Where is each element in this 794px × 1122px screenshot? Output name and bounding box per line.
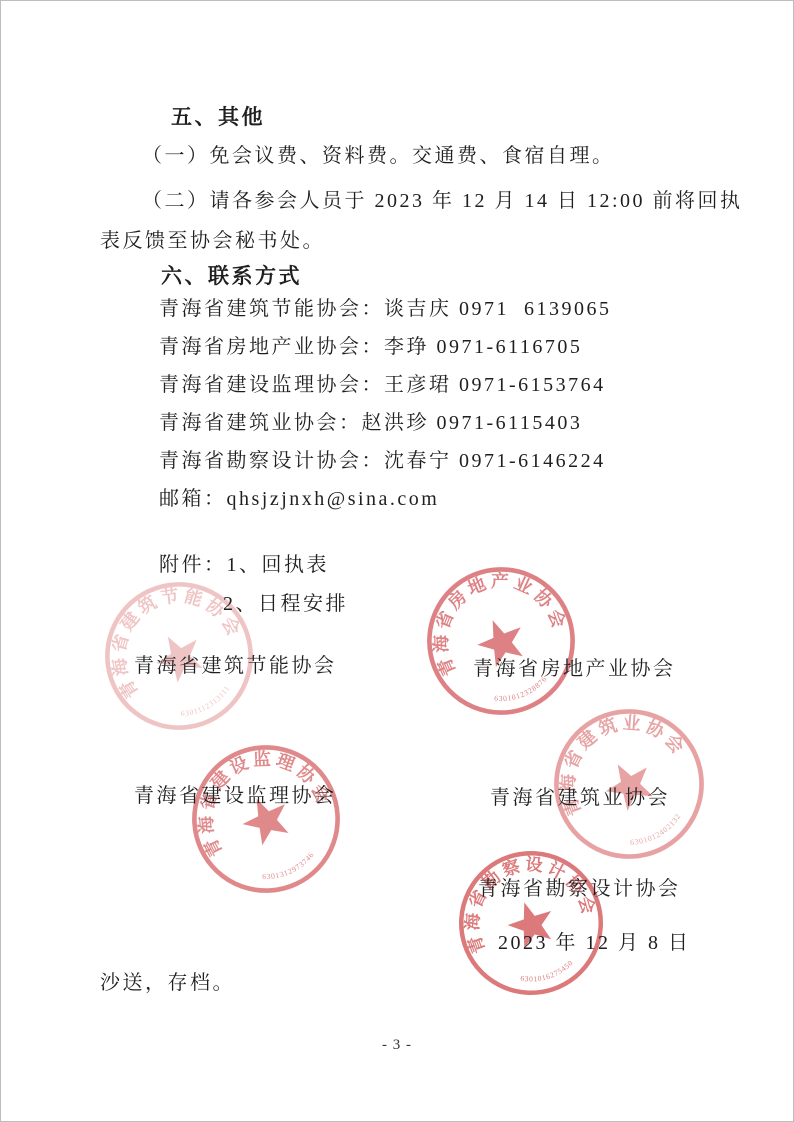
- svg-text:6301112313111: 6301112313111: [177, 682, 235, 725]
- contact-energy-association: 青海省建筑节能协会：谈吉庆 0971 6139065: [159, 292, 612, 321]
- svg-text:6301016275450: 6301016275450: [517, 957, 577, 990]
- contact-email: 邮箱：qhsjzjnxh@sina.com: [159, 482, 439, 511]
- signature-supervision-association: 青海省建设监理协会: [134, 779, 337, 808]
- contact-construction-association: 青海省建筑业协会：赵洪珍 0971-6115403: [159, 406, 582, 435]
- attachment-line2: 2、日程安排: [223, 587, 348, 616]
- contact-survey-design-association: 青海省勘察设计协会：沈春宁 0971-6146224: [159, 444, 606, 473]
- section-five-item1: （一）免会议费、资料费。交通费、食宿自理。: [142, 139, 615, 168]
- contact-real-estate-association: 青海省房地产业协会：李琤 0971-6116705: [159, 330, 582, 359]
- signature-energy-association: 青海省建筑节能协会: [134, 649, 337, 678]
- footer-cc-note: 沙送，存档。: [100, 966, 235, 995]
- document-page: 青海省建筑节能协会6301112313111 青海省房地产业协会63010123…: [0, 0, 794, 1122]
- svg-text:6301312973746: 6301312973746: [259, 848, 320, 887]
- signature-real-estate-association: 青海省房地产业协会: [473, 652, 676, 681]
- svg-text:6301012402132: 6301012402132: [626, 810, 686, 854]
- document-date: 2023 年 12 月 8 日: [498, 926, 691, 955]
- signature-survey-design-association: 青海省勘察设计协会: [478, 872, 681, 901]
- section-five-item2-line2: 表反馈至协会秘书处。: [100, 224, 325, 253]
- seal-survey-design-association: 青海省勘察设计协会6301016275450: [436, 828, 625, 1017]
- seal-construction-supervision-association: 青海省建设监理协会6301312973746: [164, 717, 369, 922]
- svg-text:青海省建筑节能协会: 青海省建筑节能协会: [82, 559, 247, 703]
- section-six-heading: 六、联系方式: [161, 260, 302, 290]
- page-number: - 3 -: [1, 1037, 793, 1054]
- attachment-line1: 附件：1、回执表: [159, 548, 329, 577]
- section-five-heading: 五、其他: [171, 101, 265, 131]
- signature-construction-association: 青海省建筑业协会: [490, 781, 670, 810]
- seal-real-estate-association: 青海省房地产业协会6301012328876: [401, 541, 601, 741]
- contact-supervision-association: 青海省建设监理协会：王彦珺 0971-6153764: [159, 368, 606, 397]
- section-five-item2-line1: （二）请各参会人员于 2023 年 12 月 14 日 12:00 前将回执: [142, 184, 743, 213]
